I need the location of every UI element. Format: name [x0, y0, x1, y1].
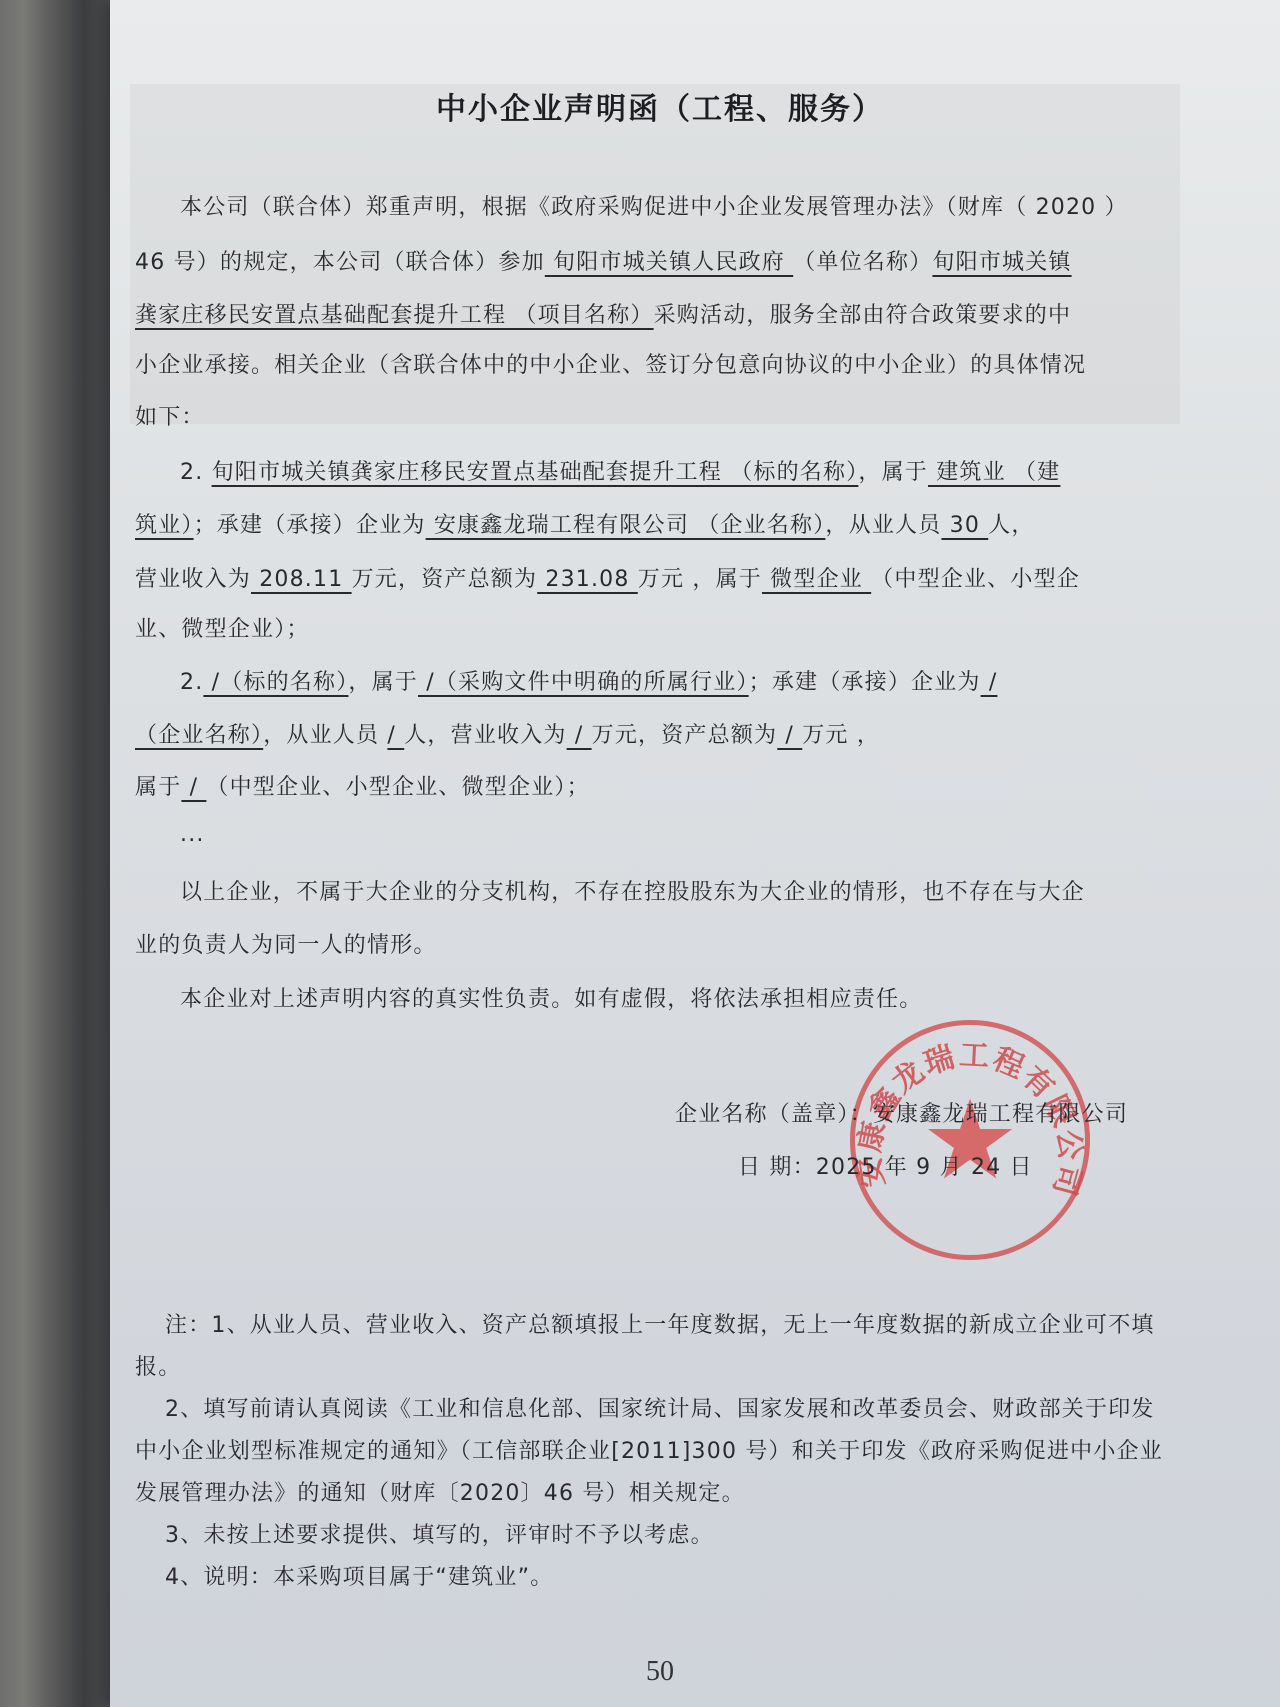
item1-industry: 建筑业 （建: [928, 460, 1060, 485]
item1-employees: 30: [941, 513, 988, 538]
item1-line-2: 筑业）；承建（承接）企业为 安康鑫龙瑞工程有限公司 （企业名称），从业人员 30…: [135, 508, 1035, 539]
item1-line-1: 2. 旬阳市城关镇龚家庄移民安置点基础配套提升工程 （标的名称），属于 建筑业 …: [180, 455, 1060, 486]
declaration-2: 本企业对上述声明内容的真实性负责。如有虚假，将依法承担相应责任。: [180, 982, 922, 1013]
intro-line-1: 本公司（联合体）郑重声明，根据《政府采购促进中小企业发展管理办法》（财库（ 20…: [180, 190, 1128, 221]
item2-contractor: /: [981, 670, 998, 695]
item2-line-1: 2. /（标的名称），属于 /（采购文件中明确的所属行业）；承建（承接）企业为 …: [180, 665, 997, 696]
item1-contractor: 安康鑫龙瑞工程有限公司 （企业名称）: [426, 513, 826, 538]
item1-line-4: 业、微型企业）；: [135, 612, 310, 643]
document-page: 中小企业声明函（工程、服务） 本公司（联合体）郑重声明，根据《政府采购促进中小企…: [110, 0, 1280, 1707]
document-title: 中小企业声明函（工程、服务）: [110, 84, 1210, 128]
intro-line-5: 如下：: [135, 400, 205, 431]
item1-size: 微型企业: [762, 567, 871, 592]
project-name-part1: 旬阳市城关镇: [932, 250, 1071, 275]
item2-line-2: （企业名称），从业人员 / 人，营业收入为 / 万元，资产总额为 / 万元 ，: [135, 718, 880, 749]
declaration-1-line-2: 业的负责人为同一人的情形。: [135, 928, 437, 959]
item1-assets: 231.08: [537, 567, 638, 592]
item2-revenue: /: [567, 723, 592, 748]
purchaser-name: 旬阳市城关镇人民政府: [545, 250, 793, 275]
note-1-line-1: 注：1、从业人员、营业收入、资产总额填报上一年度数据，无上一年度数据的新成立企业…: [165, 1308, 1155, 1339]
item2-line-3: 属于 / （中型企业、小型企业、微型企业）；: [135, 770, 590, 801]
item2-size: /: [181, 775, 206, 800]
declaration-1-line-1: 以上企业，不属于大企业的分支机构，不存在控股股东为大企业的情形，也不存在与大企: [180, 875, 1085, 906]
intro-line-3: 龚家庄移民安置点基础配套提升工程 （项目名称）采购活动，服务全部由符合政策要求的…: [135, 298, 1071, 329]
signature-company-name: 安康鑫龙瑞工程有限公司: [873, 1102, 1128, 1127]
binder-edge: [0, 0, 120, 1707]
note-1-line-2: 报。: [135, 1350, 181, 1381]
signature-date: 日 期：2025 年 9 月 24 日: [738, 1150, 1033, 1181]
page-number: 50: [110, 1656, 1210, 1688]
company-seal: 安康鑫龙瑞工程有限公司 ★: [850, 1020, 1090, 1260]
item2-employees: /: [387, 723, 404, 748]
note-4: 4、说明：本采购项目属于“建筑业”。: [165, 1560, 553, 1591]
item2-subject: /（标的名称）: [203, 670, 348, 695]
signature-company: 企业名称（盖章）：安康鑫龙瑞工程有限公司: [675, 1097, 1128, 1128]
item1-line-3: 营业收入为 208.11 万元，资产总额为 231.08 万元 ，属于 微型企业…: [135, 562, 1080, 593]
note-2-line-3: 发展管理办法》的通知（财库〔2020〕46 号）相关规定。: [135, 1476, 745, 1507]
item2-industry: /（采购文件中明确的所属行业）: [418, 670, 749, 695]
project-name-part2: 龚家庄移民安置点基础配套提升工程 （项目名称）: [135, 303, 654, 328]
note-2-line-1: 2、填写前请认真阅读《工业和信息化部、国家统计局、国家发展和改革委员会、财政部关…: [165, 1392, 1155, 1423]
intro-line-4: 小企业承接。相关企业（含联合体中的中小企业、签订分包意向协议的中小企业）的具体情…: [135, 348, 1086, 379]
item2-assets: /: [777, 723, 802, 748]
note-3: 3、未按上述要求提供、填写的，评审时不予以考虑。: [165, 1518, 714, 1549]
ellipsis: ...: [180, 822, 205, 847]
note-2-line-2: 中小企业划型标准规定的通知》（工信部联企业[2011]300 号）和关于印发《政…: [135, 1434, 1163, 1465]
intro-line-2: 46 号）的规定，本公司（联合体）参加 旬阳市城关镇人民政府 （单位名称）旬阳市…: [135, 245, 1072, 276]
item1-subject: 旬阳市城关镇龚家庄移民安置点基础配套提升工程 （标的名称）: [212, 460, 859, 485]
item1-revenue: 208.11: [251, 567, 352, 592]
signature-date-value: 2025 年 9 月 24 日: [816, 1155, 1033, 1180]
